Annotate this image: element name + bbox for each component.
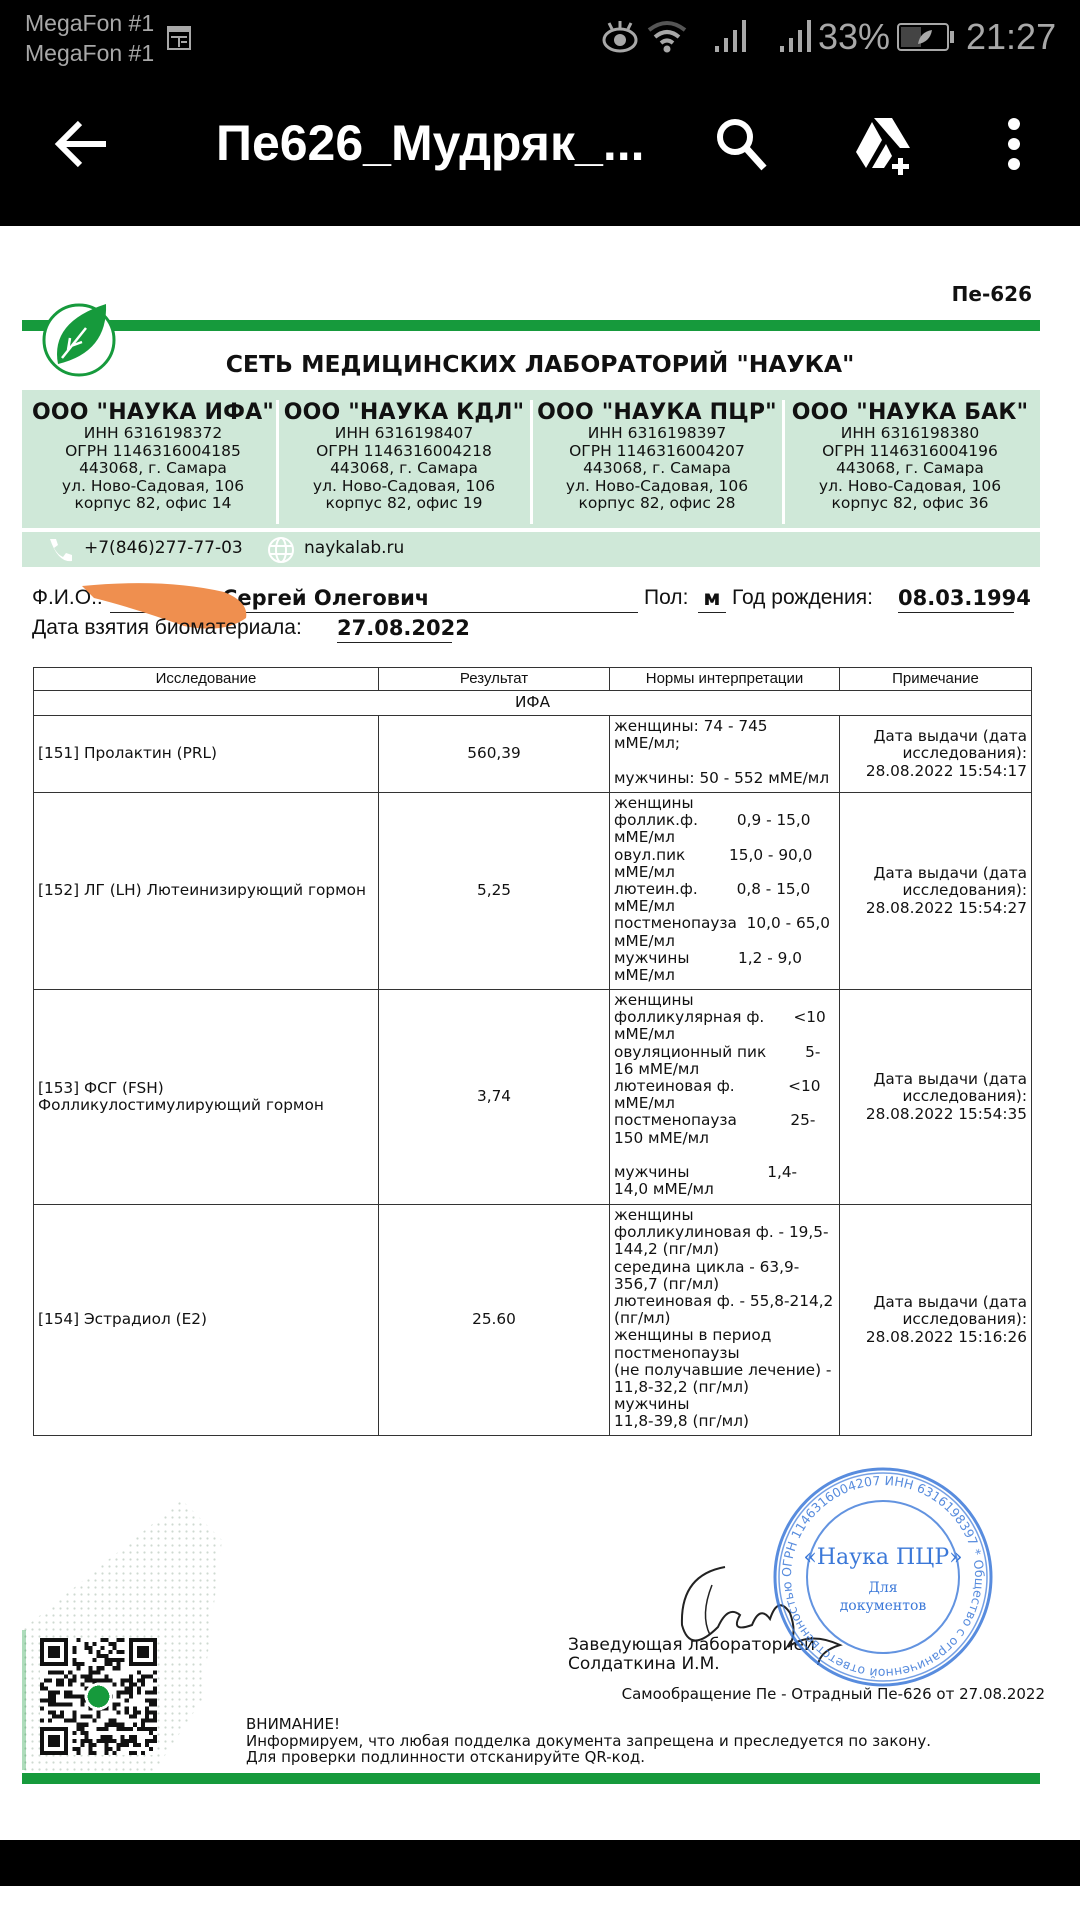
test-name-cell: [152] ЛГ (LH) Лютеинизирующий гормон bbox=[34, 793, 379, 990]
column-header: Исследование bbox=[34, 668, 379, 691]
app-header: MegaFon #1 MegaFon #1 33% bbox=[0, 0, 1080, 226]
stamp-center-text: «Наука ПЦР» bbox=[803, 1545, 962, 1570]
company-city: 443068, г. Самара bbox=[532, 460, 782, 478]
globe-icon bbox=[266, 535, 296, 565]
reference-range-cell: женщины: 74 - 745 мМЕ/мл; мужчины: 50 - … bbox=[610, 716, 840, 793]
result-cell: 3,74 bbox=[379, 990, 610, 1205]
note-cell: Дата выдачи (дата исследования): 28.08.2… bbox=[840, 716, 1032, 793]
company-card-bak: ООО "НАУКА БАК" ИНН 6316198380 ОГРН 1146… bbox=[785, 390, 1035, 513]
test-name-cell: [153] ФСГ (FSH) Фолликулостимулирующий г… bbox=[34, 990, 379, 1205]
reference-range-cell: женщины фоллик.ф. 0,9 - 15,0 мМЕ/мл овул… bbox=[610, 793, 840, 990]
battery-percent: 33% bbox=[818, 16, 890, 58]
website-link[interactable]: naykalab.ru bbox=[304, 538, 404, 558]
bottom-edge-bar bbox=[0, 1840, 1080, 1886]
table-header-row: Исследование Результат Нормы интерпретац… bbox=[34, 668, 1032, 691]
sex-label: Пол: bbox=[644, 586, 688, 610]
sex-value: м bbox=[698, 586, 726, 613]
stamp-sub1: Для bbox=[868, 1580, 897, 1596]
verification-qr-code[interactable] bbox=[40, 1638, 157, 1755]
warning-title: ВНИМАНИЕ! bbox=[246, 1716, 931, 1733]
header-divider bbox=[22, 320, 1040, 331]
company-city: 443068, г. Самара bbox=[279, 460, 529, 478]
section-row: ИФА bbox=[34, 691, 1032, 716]
company-office: корпус 82, офис 36 bbox=[785, 495, 1035, 513]
birth-label: Год рождения: bbox=[732, 586, 873, 610]
document-number: Пе-626 bbox=[952, 282, 1032, 306]
order-line: Самообращение Пе - Отрадный Пе-626 от 27… bbox=[622, 1686, 1045, 1703]
google-drive-add-icon[interactable] bbox=[852, 114, 922, 176]
company-street: ул. Ново-Садовая, 106 bbox=[785, 478, 1035, 496]
company-card-kdl: ООО "НАУКА КДЛ" ИНН 6316198407 ОГРН 1146… bbox=[279, 390, 529, 513]
sample-date-value: 27.08.2022 bbox=[337, 616, 452, 643]
carrier-label-2: MegaFon #1 bbox=[25, 40, 154, 67]
column-header: Результат bbox=[379, 668, 610, 691]
company-inn: ИНН 6316198407 bbox=[279, 425, 529, 443]
company-office: корпус 82, офис 19 bbox=[279, 495, 529, 513]
company-inn: ИНН 6316198397 bbox=[532, 425, 782, 443]
section-title: ИФА bbox=[34, 691, 1032, 716]
carrier-label-1: MegaFon #1 bbox=[25, 10, 154, 37]
company-street: ул. Ново-Садовая, 106 bbox=[28, 478, 278, 496]
battery-saver-icon bbox=[896, 22, 956, 52]
warning-line-2: Для проверки подлинности отсканируйте QR… bbox=[246, 1749, 931, 1766]
company-ogrn: ОГРН 1146316004196 bbox=[785, 443, 1035, 461]
warning-line-1: Информируем, что любая подделка документ… bbox=[246, 1733, 931, 1750]
signal-sim1-icon bbox=[713, 18, 751, 54]
company-office: корпус 82, офис 14 bbox=[28, 495, 278, 513]
note-cell: Дата выдачи (дата исследования): 28.08.2… bbox=[840, 793, 1032, 990]
companies-band: ООО "НАУКА ИФА" ИНН 6316198372 ОГРН 1146… bbox=[22, 390, 1040, 528]
company-ogrn: ОГРН 1146316004207 bbox=[532, 443, 782, 461]
warning-block: ВНИМАНИЕ! Информируем, что любая подделк… bbox=[246, 1716, 931, 1766]
table-row: [154] Эстрадиол (E2)25.60женщины фоллику… bbox=[34, 1205, 1032, 1436]
column-header: Нормы интерпретации bbox=[610, 668, 840, 691]
calendar-notification-icon bbox=[165, 22, 195, 52]
note-cell: Дата выдачи (дата исследования): 28.08.2… bbox=[840, 990, 1032, 1205]
more-vertical-icon[interactable] bbox=[1000, 116, 1028, 174]
stamp-sub2: документов bbox=[840, 1598, 927, 1614]
wifi-icon bbox=[646, 18, 688, 54]
reference-range-cell: женщины фолликулярная ф. <10 мМЕ/мл овул… bbox=[610, 990, 840, 1205]
reference-range-cell: женщины фолликулиновая ф. - 19,5- 144,2 … bbox=[610, 1205, 840, 1436]
eye-comfort-icon bbox=[601, 20, 639, 54]
company-city: 443068, г. Самара bbox=[785, 460, 1035, 478]
table-row: [151] Пролактин (PRL)560,39женщины: 74 -… bbox=[34, 716, 1032, 793]
clock: 21:27 bbox=[966, 16, 1056, 58]
test-name-cell: [154] Эстрадиол (E2) bbox=[34, 1205, 379, 1436]
company-name: ООО "НАУКА БАК" bbox=[785, 400, 1035, 425]
signal-sim2-icon bbox=[778, 18, 816, 54]
note-cell: Дата выдачи (дата исследования): 28.08.2… bbox=[840, 1205, 1032, 1436]
column-header: Примечание bbox=[840, 668, 1032, 691]
company-ogrn: ОГРН 1146316004218 bbox=[279, 443, 529, 461]
table-row: [153] ФСГ (FSH) Фолликулостимулирующий г… bbox=[34, 990, 1032, 1205]
contacts-band: +7(846)277-77-03 naykalab.ru bbox=[22, 532, 1040, 567]
company-city: 443068, г. Самара bbox=[28, 460, 278, 478]
result-cell: 25.60 bbox=[379, 1205, 610, 1436]
company-name: ООО "НАУКА КДЛ" bbox=[279, 400, 529, 425]
company-inn: ИНН 6316198372 bbox=[28, 425, 278, 443]
footer-divider bbox=[22, 1773, 1040, 1784]
company-card-ifa: ООО "НАУКА ИФА" ИНН 6316198372 ОГРН 1146… bbox=[28, 390, 278, 513]
company-inn: ИНН 6316198380 bbox=[785, 425, 1035, 443]
result-cell: 5,25 bbox=[379, 793, 610, 990]
search-icon[interactable] bbox=[712, 114, 772, 174]
birth-value: 08.03.1994 bbox=[898, 586, 1014, 613]
company-name: ООО "НАУКА ПЦР" bbox=[532, 400, 782, 425]
results-table: Исследование Результат Нормы интерпретац… bbox=[33, 667, 1032, 1436]
document-title: Пе626_Мудряк_... bbox=[216, 114, 645, 172]
company-office: корпус 82, офис 28 bbox=[532, 495, 782, 513]
result-cell: 560,39 bbox=[379, 716, 610, 793]
test-name-cell: [151] Пролактин (PRL) bbox=[34, 716, 379, 793]
network-title: СЕТЬ МЕДИЦИНСКИХ ЛАБОРАТОРИЙ "НАУКА" bbox=[0, 350, 1080, 378]
arrow-left-icon[interactable] bbox=[52, 118, 112, 170]
table-row: [152] ЛГ (LH) Лютеинизирующий гормон5,25… bbox=[34, 793, 1032, 990]
company-street: ул. Ново-Садовая, 106 bbox=[279, 478, 529, 496]
company-street: ул. Ново-Садовая, 106 bbox=[532, 478, 782, 496]
company-card-pcr: ООО "НАУКА ПЦР" ИНН 6316198397 ОГРН 1146… bbox=[532, 390, 782, 513]
phone-number[interactable]: +7(846)277-77-03 bbox=[84, 538, 243, 558]
company-ogrn: ОГРН 1146316004185 bbox=[28, 443, 278, 461]
sample-date-label: Дата взятия биоматериала: bbox=[32, 616, 302, 640]
company-stamp: ОГРН 1146316004207 ИНН 6316198397 * Обще… bbox=[768, 1462, 998, 1692]
company-name: ООО "НАУКА ИФА" bbox=[28, 400, 278, 425]
phone-icon bbox=[46, 536, 74, 564]
